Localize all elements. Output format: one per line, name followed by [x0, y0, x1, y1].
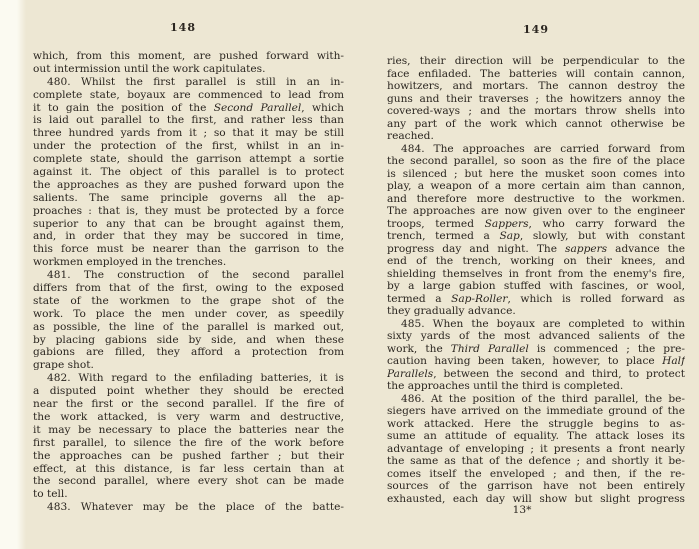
- text-line: as possible, the line of the parallel is…: [33, 321, 344, 334]
- text: troops, termed: [387, 218, 485, 230]
- text-line: face enfiladed. The batteries will conta…: [387, 68, 685, 81]
- text-line: is silenced ; but here the musket soon c…: [387, 168, 685, 181]
- italic-text: sappers: [565, 243, 607, 255]
- text-line: sume an attitude of equality. The attack…: [387, 430, 685, 443]
- text: they gradually advance.: [387, 305, 516, 317]
- text: sume an attitude of equality. The attack…: [387, 430, 685, 442]
- text: complete state, should the garrison atte…: [33, 153, 344, 165]
- text: by a large gabion stuffed with fascines,…: [387, 280, 685, 292]
- text-line: gabions are filled, they afford a protec…: [33, 346, 344, 359]
- text: any part of the work which cannot otherw…: [387, 118, 685, 130]
- italic-text: Sappers: [485, 218, 529, 230]
- text-line: three hundred yards from it ; so that it…: [33, 127, 344, 140]
- text: superior to any that can be brought agai…: [33, 218, 344, 230]
- text: proaches : that is, they must be protect…: [33, 205, 344, 217]
- text: , who carry forward the: [529, 218, 685, 230]
- text-line: The approaches are now given over to the…: [387, 205, 685, 218]
- italic-text: Half: [662, 355, 685, 367]
- text: progress day and night. The: [387, 243, 565, 255]
- text: 483. Whatever may be the place of the ba…: [47, 501, 344, 513]
- text-line: work. To place the men under cover, as s…: [33, 308, 344, 321]
- text: the second parallel, so soon as the fire…: [387, 155, 685, 167]
- italic-text: Second Parallel: [214, 102, 302, 114]
- text: exhausted, each day will show but slight…: [387, 493, 685, 505]
- text: shielding themselves in front from the e…: [387, 268, 685, 280]
- text: salients. The same principle governs all…: [33, 192, 344, 204]
- text-line: under the protection of the first, whils…: [33, 140, 344, 153]
- text-line: ries, their direction will be perpendicu…: [387, 55, 685, 68]
- text: 482. With regard to the enfilading batte…: [47, 372, 344, 384]
- text-line: 486. At the position of the third parall…: [387, 393, 685, 406]
- text-line: howitzers, and mortars. The cannon destr…: [387, 80, 685, 93]
- text: 486. At the position of the third parall…: [401, 393, 685, 405]
- text: 480. Whilst the first parallel is still …: [47, 76, 344, 88]
- text: and therefore more destructive to the wo…: [387, 193, 685, 205]
- text: near the first or the second parallel. I…: [33, 398, 344, 410]
- text: under the protection of the first, whils…: [33, 140, 344, 152]
- text: end of the trench, working on their knee…: [387, 255, 685, 267]
- text: work, the: [387, 343, 451, 355]
- text-line: advantage of enveloping ; it presents a …: [387, 443, 685, 456]
- text-line: siegers have arrived on the immediate gr…: [387, 405, 685, 418]
- text-line: first parallel, to silence the fire of t…: [33, 437, 344, 450]
- text-line: the approaches can be pushed farther ; b…: [33, 450, 344, 463]
- text-line: any part of the work which cannot otherw…: [387, 118, 685, 131]
- text: is silenced ; but here the musket soon c…: [387, 168, 685, 180]
- text-line: they gradually advance.: [387, 305, 685, 318]
- text: siegers have arrived on the immediate gr…: [387, 405, 685, 417]
- text: effect, at this distance, is far less ce…: [33, 463, 344, 475]
- text: advance the: [607, 243, 685, 255]
- text: a disputed point whether they should be …: [33, 385, 344, 397]
- paragraph: 482. With regard to the enfilading batte…: [33, 372, 344, 501]
- text-line: 481. The construction of the second para…: [33, 269, 344, 282]
- text-line: guns and their traverses ; the howitzers…: [387, 93, 685, 106]
- text: complete state, boyaux are commenced to …: [33, 89, 344, 101]
- text: by placing gabions side by side, and whe…: [33, 334, 344, 346]
- paragraph: 486. At the position of the third parall…: [387, 393, 685, 506]
- text-line: the approaches until the third is comple…: [387, 380, 685, 393]
- text: 481. The construction of the second para…: [47, 269, 344, 281]
- text: , between the second and third, to prote…: [433, 368, 685, 380]
- text-line: the same as that of the defence ; and sh…: [387, 455, 685, 468]
- text-line: to tell.: [33, 488, 344, 501]
- text: , slowly, but with constant: [520, 230, 685, 242]
- text-line: grape shot.: [33, 359, 344, 372]
- text-line: termed a Sap-Roller, which is rolled for…: [387, 293, 685, 306]
- text: the approaches as they are pushed forwar…: [33, 179, 344, 191]
- paragraph: 484. The approaches are carried forward …: [387, 143, 685, 318]
- text: it may be necessary to place the batteri…: [33, 424, 344, 436]
- text: termed a: [387, 293, 451, 305]
- text: is commenced ; the pre-: [529, 343, 685, 355]
- paragraph: 481. The construction of the second para…: [33, 269, 344, 372]
- text-line: complete state, boyaux are commenced to …: [33, 89, 344, 102]
- text: state of the workmen to the grape shot o…: [33, 295, 344, 307]
- text-line: play, a weapon of a more certain aim tha…: [387, 180, 685, 193]
- text: caution having been taken, however, to p…: [387, 355, 662, 367]
- text: this force must be nearer than the garri…: [33, 243, 344, 255]
- text-line: and, in order that they may be succored …: [33, 230, 344, 243]
- text: and, in order that they may be succored …: [33, 230, 344, 242]
- paragraph: which, from this moment, are pushed forw…: [33, 50, 344, 76]
- text-line: sixty yards of the most advanced salient…: [387, 330, 685, 343]
- text-line: which, from this moment, are pushed forw…: [33, 50, 344, 63]
- text: first parallel, to silence the fire of t…: [33, 437, 344, 449]
- text-line: reached.: [387, 130, 685, 143]
- text-line: 480. Whilst the first parallel is still …: [33, 76, 344, 89]
- text: the work attacked, is very warm and dest…: [33, 411, 344, 423]
- text: it to gain the position of the: [33, 102, 214, 114]
- text: work attacked. Here the struggle begins …: [387, 418, 685, 430]
- text-line: near the first or the second parallel. I…: [33, 398, 344, 411]
- italic-text: Third Parallel: [451, 343, 529, 355]
- text-line: by a large gabion stuffed with fascines,…: [387, 280, 685, 293]
- text-line: against it. The object of this parallel …: [33, 166, 344, 179]
- text-line: caution having been taken, however, to p…: [387, 355, 685, 368]
- text-line: the approaches as they are pushed forwar…: [33, 179, 344, 192]
- text-line: end of the trench, working on their knee…: [387, 255, 685, 268]
- text: 484. The approaches are carried forward …: [401, 143, 685, 155]
- text: play, a weapon of a more certain aim tha…: [387, 180, 685, 192]
- text-line: workmen employed in the trenches.: [33, 256, 344, 269]
- paragraph: 485. When the boyaux are completed to wi…: [387, 318, 685, 393]
- italic-text: Sap: [499, 230, 519, 242]
- text: the approaches until the third is comple…: [387, 380, 623, 392]
- text: The approaches are now given over to the…: [387, 205, 685, 217]
- text-line: 484. The approaches are carried forward …: [387, 143, 685, 156]
- text-line: work attacked. Here the struggle begins …: [387, 418, 685, 431]
- text: out intermission until the work capitula…: [33, 63, 265, 75]
- text: the second parallel, where every shot ca…: [33, 475, 344, 487]
- text: gabions are filled, they afford a protec…: [33, 346, 344, 358]
- book-scan: 148 149 which, from this moment, are pus…: [0, 0, 699, 549]
- page-number-right: 149: [387, 23, 685, 36]
- paragraph: ries, their direction will be perpendicu…: [387, 55, 685, 143]
- text-line: work, the Third Parallel is commenced ; …: [387, 343, 685, 356]
- text-line: 483. Whatever may be the place of the ba…: [33, 501, 344, 514]
- page-body-right: ries, their direction will be perpendicu…: [387, 55, 685, 505]
- text-line: superior to any that can be brought agai…: [33, 218, 344, 231]
- text-line: salients. The same principle governs all…: [33, 192, 344, 205]
- text-line: troops, termed Sappers, who carry forwar…: [387, 218, 685, 231]
- text: as possible, the line of the parallel is…: [33, 321, 344, 333]
- text-line: differs from that of the first, owing to…: [33, 282, 344, 295]
- text-line: it to gain the position of the Second Pa…: [33, 102, 344, 115]
- text: work. To place the men under cover, as s…: [33, 308, 344, 320]
- text-line: progress day and night. The sappers adva…: [387, 243, 685, 256]
- text: to tell.: [33, 488, 68, 500]
- text: three hundred yards from it ; so that it…: [33, 127, 344, 139]
- text-line: state of the workmen to the grape shot o…: [33, 295, 344, 308]
- text-line: 485. When the boyaux are completed to wi…: [387, 318, 685, 331]
- text: which, from this moment, are pushed forw…: [33, 50, 344, 62]
- text-line: proaches : that is, they must be protect…: [33, 205, 344, 218]
- text-line: shielding themselves in front from the e…: [387, 268, 685, 281]
- text-line: effect, at this distance, is far less ce…: [33, 463, 344, 476]
- text: covered-ways ; and the mortars throw she…: [387, 105, 685, 117]
- text-line: complete state, should the garrison atte…: [33, 153, 344, 166]
- text: sixty yards of the most advanced salient…: [387, 330, 685, 342]
- italic-text: Parallels: [387, 368, 433, 380]
- text: reached.: [387, 130, 434, 142]
- text-line: a disputed point whether they should be …: [33, 385, 344, 398]
- text: trench, termed a: [387, 230, 499, 242]
- text-line: it may be necessary to place the batteri…: [33, 424, 344, 437]
- text-line: this force must be nearer than the garri…: [33, 243, 344, 256]
- text: workmen employed in the trenches.: [33, 256, 226, 268]
- text-line: covered-ways ; and the mortars throw she…: [387, 105, 685, 118]
- text: face enfiladed. The batteries will conta…: [387, 68, 685, 80]
- text: ries, their direction will be perpendicu…: [387, 55, 685, 67]
- text: against it. The object of this parallel …: [33, 166, 344, 178]
- text: , which is rolled forward as: [507, 293, 685, 305]
- text-line: the work attacked, is very warm and dest…: [33, 411, 344, 424]
- scan-edge-strip: [0, 0, 26, 549]
- text-line: Parallels, between the second and third,…: [387, 368, 685, 381]
- text-line: and therefore more destructive to the wo…: [387, 193, 685, 206]
- text-line: sources of the garrison have not been en…: [387, 480, 685, 493]
- text-line: comes itself the enveloped ; and then, i…: [387, 468, 685, 481]
- text: the same as that of the defence ; and sh…: [387, 455, 685, 467]
- text: the approaches can be pushed farther ; b…: [33, 450, 344, 462]
- text: howitzers, and mortars. The cannon destr…: [387, 80, 685, 92]
- paragraph: 480. Whilst the first parallel is still …: [33, 76, 344, 269]
- text: sources of the garrison have not been en…: [387, 480, 685, 492]
- text-line: 482. With regard to the enfilading batte…: [33, 372, 344, 385]
- text-line: by placing gabions side by side, and whe…: [33, 334, 344, 347]
- text: 485. When the boyaux are completed to wi…: [401, 318, 685, 330]
- page-number-left: 148: [33, 21, 333, 34]
- text-line: the second parallel, where every shot ca…: [33, 475, 344, 488]
- text-line: the second parallel, so soon as the fire…: [387, 155, 685, 168]
- text: guns and their traverses ; the howitzers…: [387, 93, 685, 105]
- text: comes itself the enveloped ; and then, i…: [387, 468, 685, 480]
- italic-text: Sap-Roller: [451, 293, 507, 305]
- text: advantage of enveloping ; it presents a …: [387, 443, 685, 455]
- signature-mark: 13*: [387, 504, 657, 517]
- text: is laid out parallel to the first, and r…: [33, 114, 344, 126]
- paragraph: 483. Whatever may be the place of the ba…: [33, 501, 344, 514]
- text-line: out intermission until the work capitula…: [33, 63, 344, 76]
- text: differs from that of the first, owing to…: [33, 282, 344, 294]
- text-line: is laid out parallel to the first, and r…: [33, 114, 344, 127]
- page-body-left: which, from this moment, are pushed forw…: [33, 50, 344, 514]
- text: , which: [301, 102, 344, 114]
- text: grape shot.: [33, 359, 94, 371]
- text-line: trench, termed a Sap, slowly, but with c…: [387, 230, 685, 243]
